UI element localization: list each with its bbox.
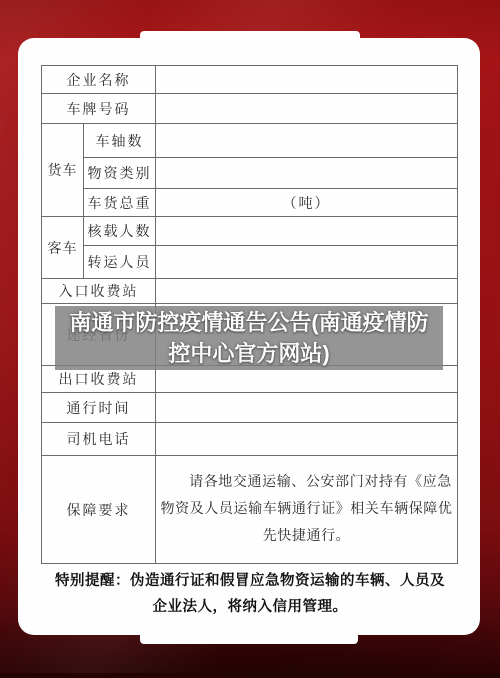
table-row: 司机电话: [42, 423, 458, 456]
enterprise-name-value-cell: [156, 66, 458, 94]
overlay-title-line: 控中心官方网站): [168, 338, 329, 369]
table-row: 转运人员: [42, 246, 458, 279]
table-row: 客车 核载人数: [42, 217, 458, 246]
entry-toll-station-value-cell: [156, 279, 458, 304]
special-reminder-line: 企业法人，将纳入信用管理。: [0, 594, 500, 620]
special-reminder: 特别提醒：伪造通行证和假冒应急物资运输的车辆、人员及 企业法人，将纳入信用管理。: [0, 568, 500, 620]
transfer-personnel-value-cell: [156, 246, 458, 279]
axle-count-label: 车轴数: [84, 124, 156, 158]
entry-toll-station-label: 入口收费站: [42, 279, 156, 304]
table-row: 保障要求 请各地交通运输、公安部门对持有《应急物资及人员运输车辆通行证》相关车辆…: [42, 456, 458, 564]
transit-time-label: 通行时间: [42, 393, 156, 423]
table-row: 车货总重 （吨）: [42, 189, 458, 217]
gross-weight-label: 车货总重: [84, 189, 156, 217]
plate-number-label: 车牌号码: [42, 94, 156, 124]
overlay-title-banner: 南通市防控疫情通告公告(南通疫情防 控中心官方网站): [55, 306, 443, 370]
driver-phone-label: 司机电话: [42, 423, 156, 456]
truck-group-label: 货车: [42, 124, 84, 217]
table-row: 企业名称: [42, 66, 458, 94]
table-row: 物资类别: [42, 158, 458, 189]
table-row: 货车 车轴数: [42, 124, 458, 158]
background-bottom-shadow: [0, 673, 500, 678]
overlay-title-line: 南通市防控疫情通告公告(南通疫情防: [69, 307, 428, 338]
guarantee-requirements-text: 请各地交通运输、公安部门对持有《应急物资及人员运输车辆通行证》相关车辆保障优先快…: [156, 456, 458, 564]
transit-time-value-cell: [156, 393, 458, 423]
material-category-label: 物资类别: [84, 158, 156, 189]
plate-number-value-cell: [156, 94, 458, 124]
guarantee-requirements-label: 保障要求: [42, 456, 156, 564]
driver-phone-value-cell: [156, 423, 458, 456]
gross-weight-unit-cell: （吨）: [156, 189, 458, 217]
table-row: 入口收费站: [42, 279, 458, 304]
bus-group-label: 客车: [42, 217, 84, 279]
table-row: 通行时间: [42, 393, 458, 423]
approved-passengers-label: 核载人数: [84, 217, 156, 246]
special-reminder-line: 特别提醒：伪造通行证和假冒应急物资运输的车辆、人员及: [0, 568, 500, 594]
material-category-value-cell: [156, 158, 458, 189]
approved-passengers-value-cell: [156, 217, 458, 246]
transfer-personnel-label: 转运人员: [84, 246, 156, 279]
axle-count-value-cell: [156, 124, 458, 158]
enterprise-name-label: 企业名称: [42, 66, 156, 94]
table-row: 车牌号码: [42, 94, 458, 124]
